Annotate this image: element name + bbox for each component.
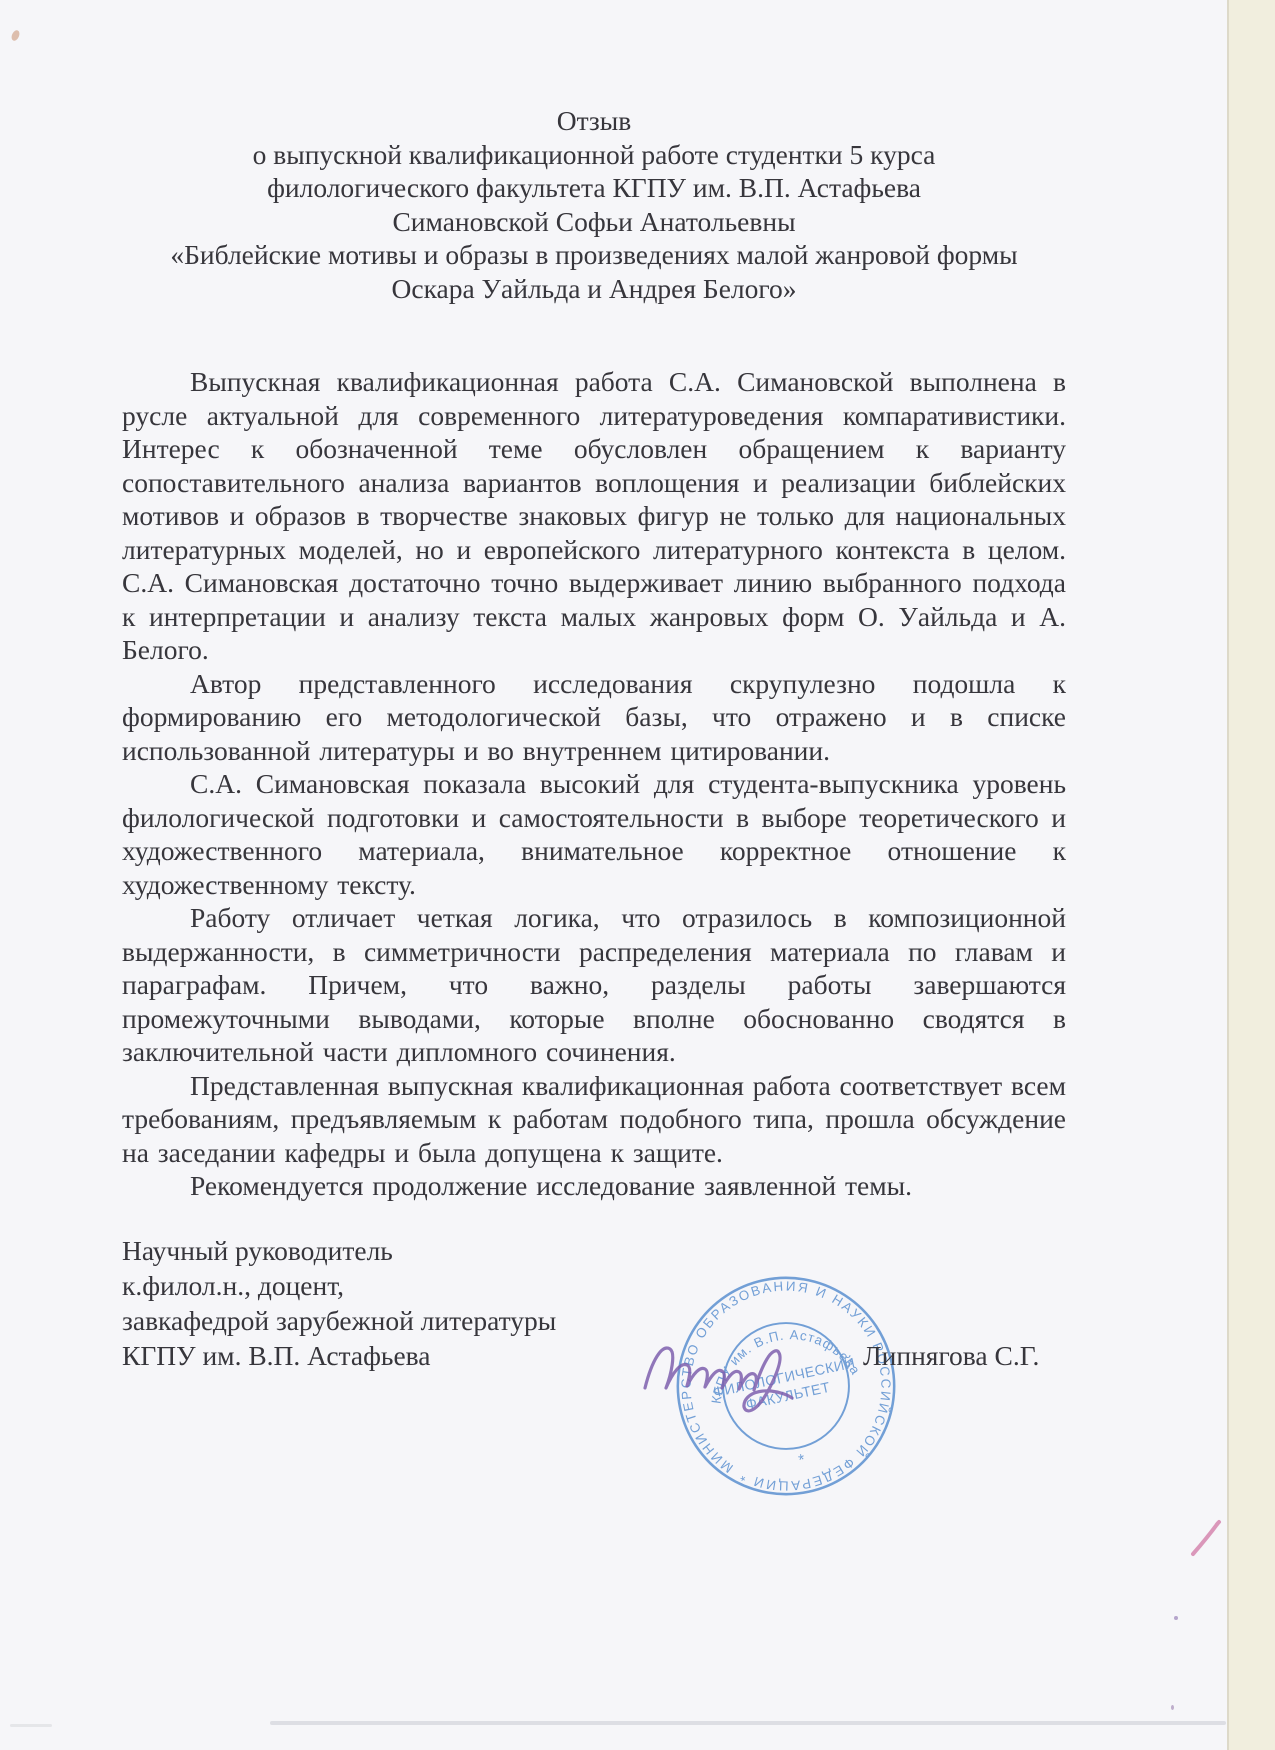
supervisor-position-line: завкафедрой зарубежной литературы	[122, 1303, 1066, 1338]
title-line-doc-type: Отзыв	[122, 104, 1066, 138]
supervisor-degree-line: к.филол.н., доцент,	[122, 1268, 1066, 1303]
paper-speck	[1171, 1705, 1174, 1710]
review-body: Выпускная квалификационная работа С.А. С…	[122, 365, 1066, 1203]
paragraph-1: Выпускная квалификационная работа С.А. С…	[122, 365, 1066, 667]
paper-speck	[1174, 1616, 1178, 1620]
document-title: Отзыв о выпускной квалификационной работ…	[122, 104, 1066, 305]
paragraph-3: С.А. Симановская показала высокий для ст…	[122, 767, 1066, 901]
title-line-thesis-1: «Библейские мотивы и образы в произведен…	[122, 238, 1066, 272]
scanned-review-document: { "document": { "title_lines": [ "Отзыв"…	[0, 0, 1275, 1750]
paragraph-4: Работу отличает четкая логика, что отраз…	[122, 901, 1066, 1069]
title-line-thesis-2: Оскара Уайльда и Андрея Белого»	[122, 272, 1066, 306]
paragraph-6: Рекомендуется продолжение исследование з…	[122, 1169, 1066, 1203]
signer-name: Липнягова С.Г.	[863, 1340, 1039, 1372]
scan-shadow-line	[270, 1721, 1226, 1725]
title-line-student: Симановской Софьи Анатольевны	[122, 205, 1066, 239]
paragraph-5: Представленная выпускная квалификационна…	[122, 1069, 1066, 1170]
paragraph-2: Автор представленного исследования скруп…	[122, 667, 1066, 768]
supervisor-role-line: Научный руководитель	[122, 1233, 1066, 1268]
paper-speck	[10, 29, 21, 42]
pen-mark	[1188, 1518, 1224, 1558]
stamp-star-mark: *	[797, 1452, 807, 1470]
document-content: Отзыв о выпускной квалификационной работ…	[122, 0, 1066, 1373]
scan-shadow-smudge	[10, 1724, 52, 1727]
handwritten-signature	[640, 1318, 805, 1420]
scanner-background-band	[1227, 0, 1275, 1750]
title-line-work: о выпускной квалификационной работе студ…	[122, 138, 1066, 172]
paper-sheet: Отзыв о выпускной квалификационной работ…	[0, 0, 1227, 1750]
title-line-faculty: филологического факультета КГПУ им. В.П.…	[122, 171, 1066, 205]
